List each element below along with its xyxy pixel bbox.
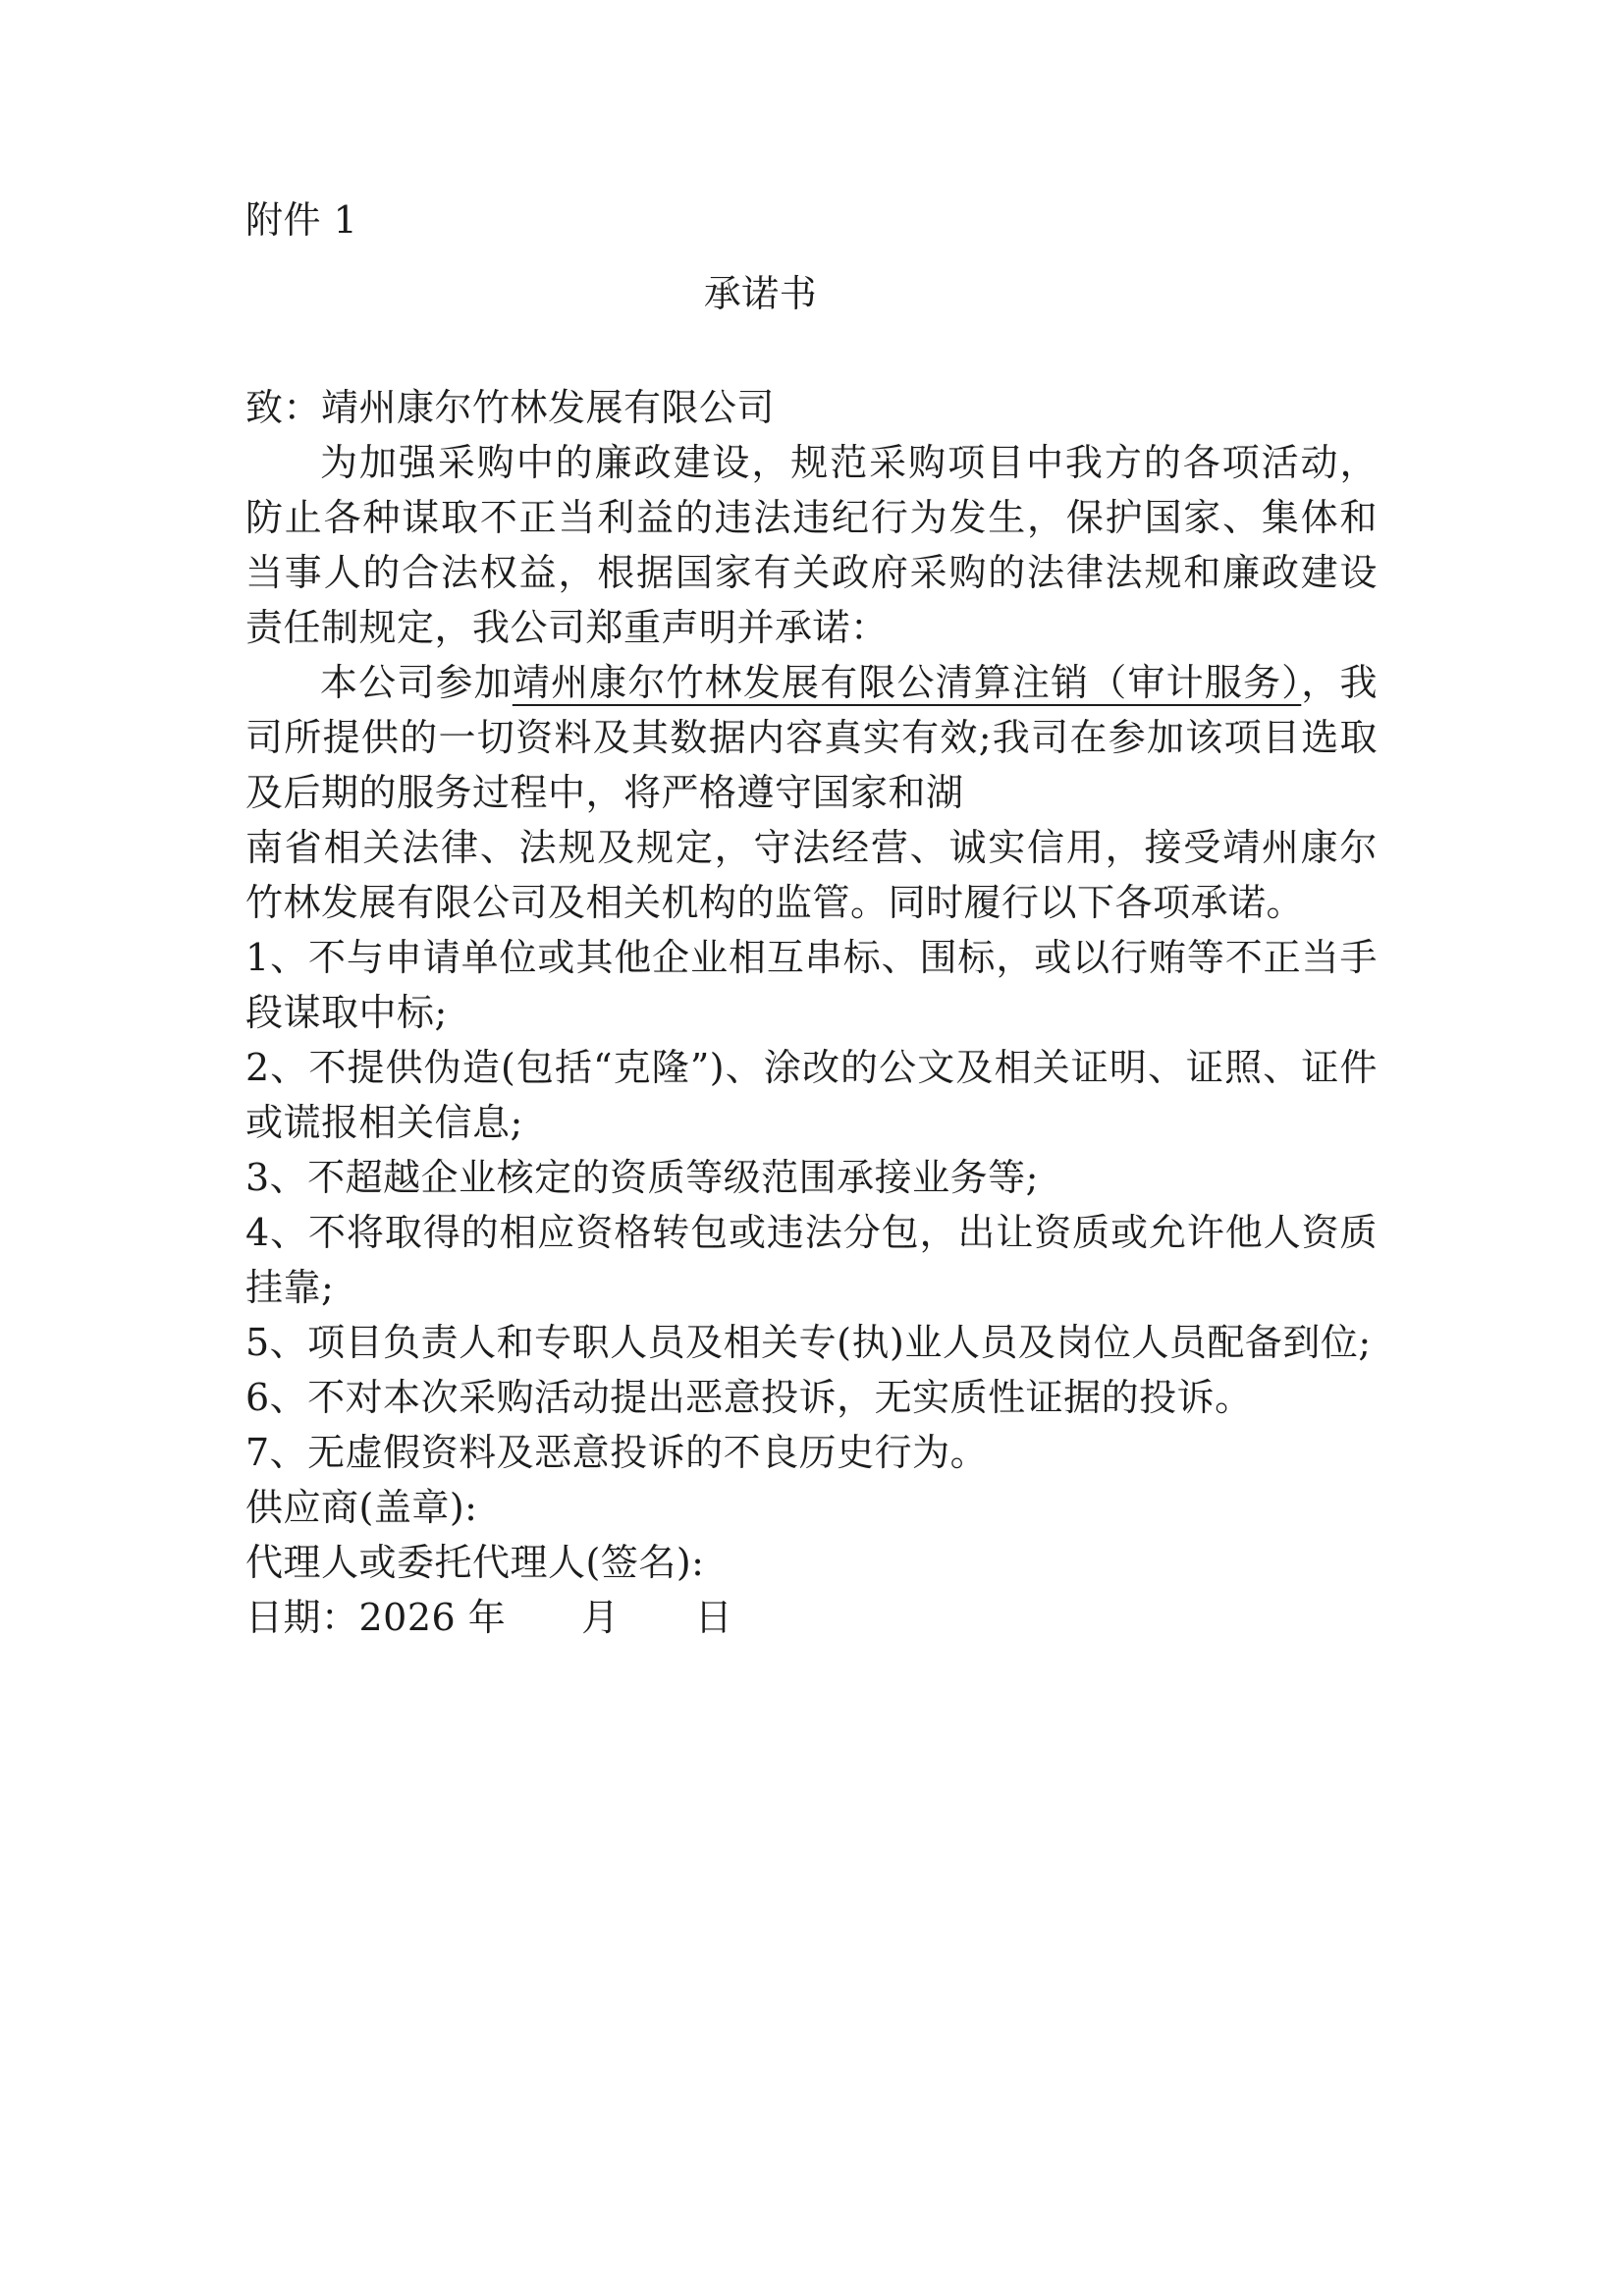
document-title: 承诺书	[194, 266, 1326, 321]
commitment-item-2: 2、不提供伪造(包括“克隆”)、涂改的公文及相关证明、证照、证件或谎报相关信息;	[245, 1040, 1378, 1150]
agent-signature-line: 代理人或委托代理人(签名):	[245, 1535, 1378, 1590]
attachment-label: 附件 1	[245, 192, 1378, 247]
date-line: 日期：2026 年 月 日	[245, 1590, 1378, 1645]
declaration-underlined-project: 靖州康尔竹林发展有限公清算注销（审计服务）	[513, 661, 1301, 704]
commitment-item-6: 6、不对本次采购活动提出恶意投诉，无实质性证据的投诉。	[245, 1370, 1378, 1425]
commitment-item-1: 1、不与申请单位或其他企业相互串标、围标，或以行贿等不正当手段谋取中标;	[245, 930, 1378, 1040]
commitment-item-5: 5、项目负责人和专职人员及相关专(执)业人员及岗位人员配备到位;	[245, 1315, 1378, 1370]
document-content: 附件 1 承诺书 致：靖州康尔竹林发展有限公司 为加强采购中的廉政建设，规范采购…	[245, 192, 1378, 1645]
declaration-prefix: 本公司参加	[320, 661, 513, 704]
declaration-continuation-paragraph: 南省相关法律、法规及规定，守法经营、诚实信用，接受靖州康尔竹林发展有限公司及相关…	[245, 820, 1378, 930]
commitment-item-7: 7、无虚假资料及恶意投诉的不良历史行为。	[245, 1425, 1378, 1480]
intro-paragraph: 为加强采购中的廉政建设，规范采购项目中我方的各项活动，防止各种谋取不正当利益的违…	[245, 435, 1378, 655]
supplier-seal-line: 供应商(盖章):	[245, 1480, 1378, 1535]
document-page: 附件 1 承诺书 致：靖州康尔竹林发展有限公司 为加强采购中的廉政建设，规范采购…	[0, 0, 1623, 2296]
commitment-item-3: 3、不超越企业核定的资质等级范围承接业务等;	[245, 1150, 1378, 1205]
recipient-line: 致：靖州康尔竹林发展有限公司	[245, 380, 1378, 435]
declaration-paragraph: 本公司参加靖州康尔竹林发展有限公清算注销（审计服务），我司所提供的一切资料及其数…	[245, 655, 1378, 820]
commitment-item-4: 4、不将取得的相应资格转包或违法分包，出让资质或允许他人资质挂靠;	[245, 1205, 1378, 1315]
